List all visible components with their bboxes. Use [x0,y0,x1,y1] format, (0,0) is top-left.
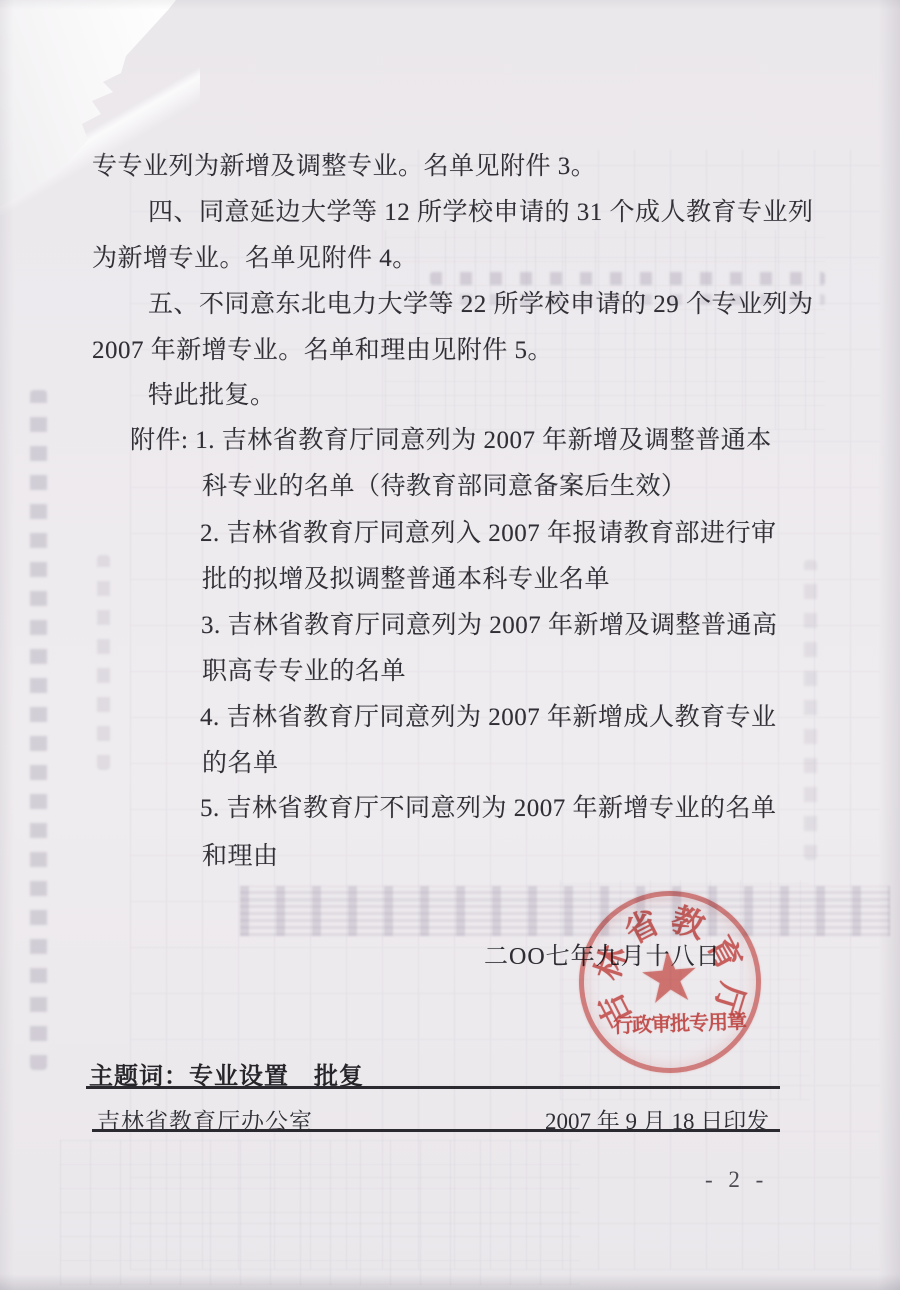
showthrough-grid-patch [60,1140,580,1285]
attachment-list-line: 附件: 1. 吉林省教育厅同意列为 2007 年新增及调整普通本 [130,424,772,457]
body-line: 为新增专业。名单见附件 4。 [92,242,418,275]
attachment-list-line: 3. 吉林省教育厅同意列为 2007 年新增及调整普通高 [201,609,778,642]
attachment-list-line: 4. 吉林省教育厅同意列为 2007 年新增成人教育专业 [200,701,777,734]
showthrough-vertical-text [97,555,110,770]
star-icon: ★ [635,942,704,1017]
showthrough-vertical-text [30,390,47,1070]
footer-divider-bottom [92,1129,780,1132]
body-line: 四、同意延边大学等 12 所学校申请的 31 个成人教育专业列 [148,196,814,229]
attachment-list-line: 科专业的名单（待教育部同意备案后生效） [202,470,687,503]
attachment-list-line: 和理由 [202,840,279,873]
body-line: 特此批复。 [148,379,276,412]
attachment-list-line: 职高专专业的名单 [202,655,406,688]
page-number: - 2 - [705,1167,768,1193]
body-line: 五、不同意东北电力大学等 22 所学校申请的 29 个专业列为 [148,288,814,321]
seal-banner-text: 行政审批专用章 [613,1005,747,1039]
attachment-list-line: 5. 吉林省教育厅不同意列为 2007 年新增专业的名单 [200,792,777,825]
showthrough-text-band [430,272,825,285]
attachment-list-line: 的名单 [202,747,279,780]
scanned-document-page: 专专业列为新增及调整专业。名单见附件 3。 四、同意延边大学等 12 所学校申请… [0,0,900,1290]
official-seal: 吉 林 省 教 育 厅 ★ 行政审批专用章 [571,883,768,1080]
showthrough-digits-band [240,886,890,936]
body-line: 2007 年新增专业。名单和理由见附件 5。 [92,334,553,367]
attachment-list-line: 批的拟增及拟调整普通本科专业名单 [202,563,610,596]
showthrough-grid-patch [385,230,825,430]
attachment-list-line: 2. 吉林省教育厅同意列入 2007 年报请教育部进行审 [200,517,777,550]
showthrough-vertical-text [804,560,817,860]
footer-divider-top [86,1086,780,1089]
